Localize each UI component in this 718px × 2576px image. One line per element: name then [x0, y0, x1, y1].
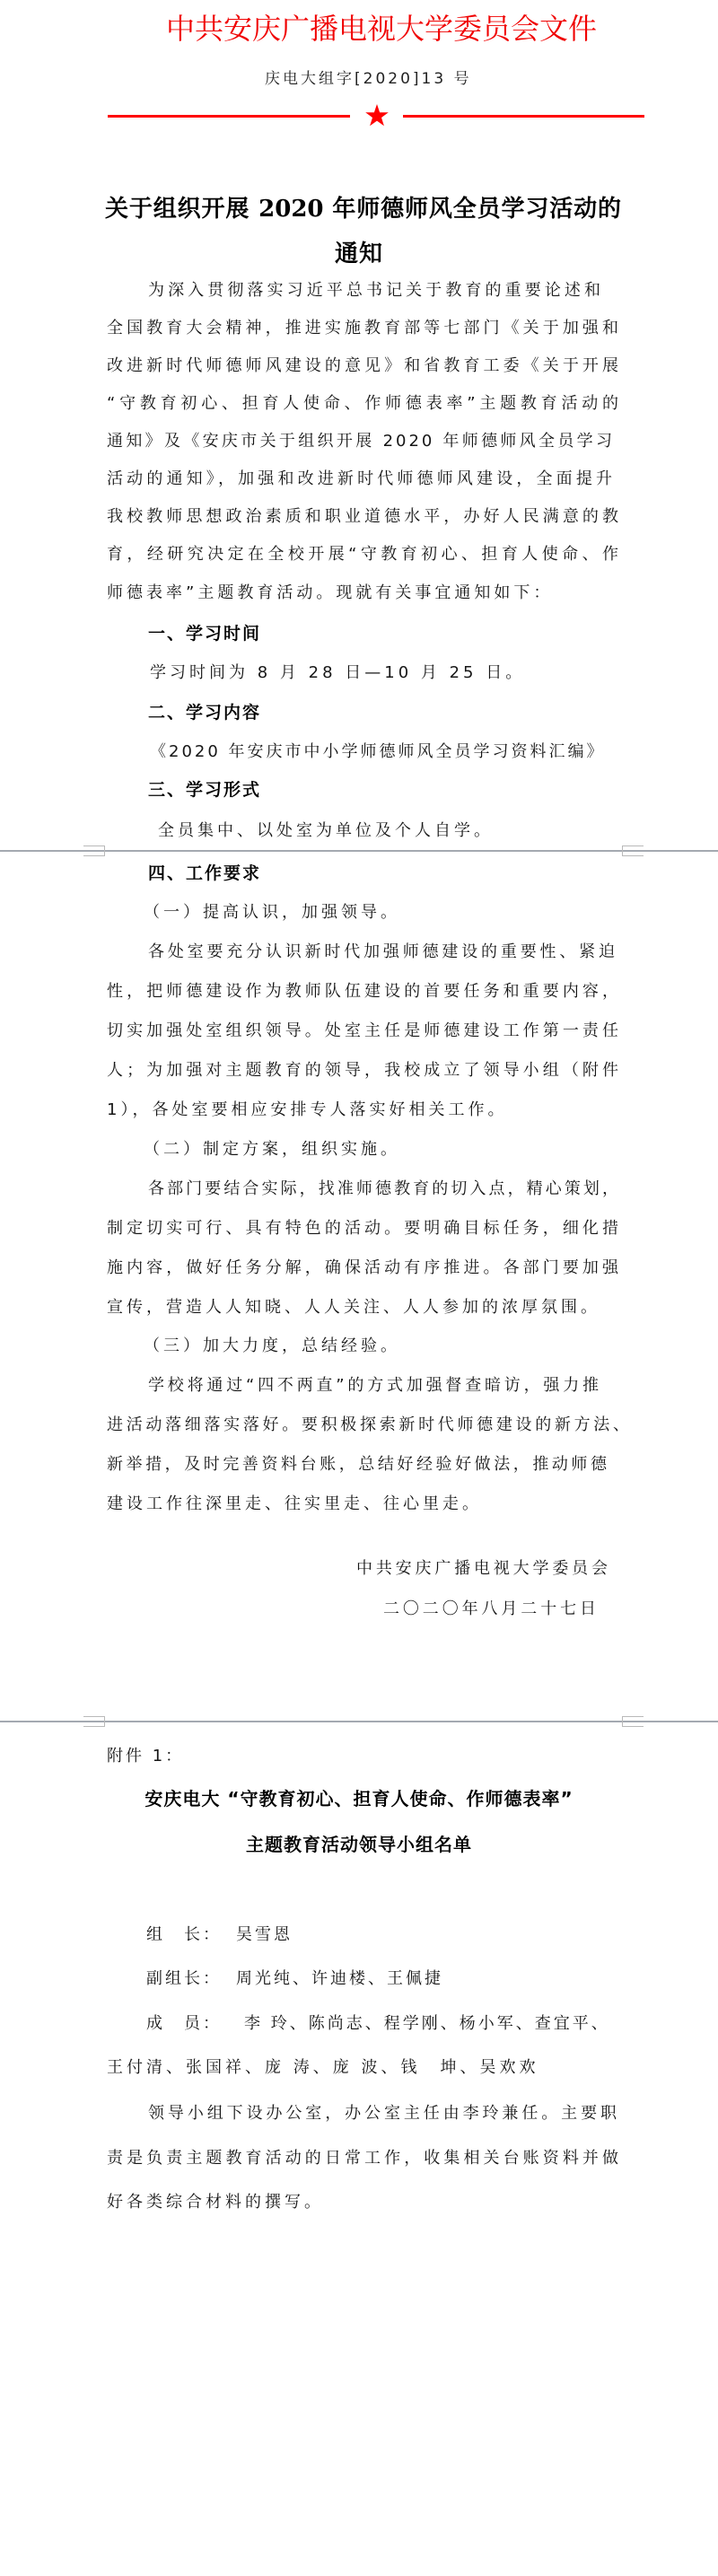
- office-line: 领导小组下设办公室，办公室主任由李玲兼任。主要职: [148, 2102, 619, 2125]
- page-corner-mark: [83, 846, 105, 856]
- member-names-deputy: 周光纯、许迪楼、王佩捷: [236, 1967, 443, 1991]
- intro-line: 我校教师思想政治素质和职业道德水平，办好人民满意的教: [107, 505, 621, 529]
- intro-line: 活动的通知》，加强和改进新时代师德师风建设，全面提升: [107, 468, 615, 491]
- member-names-leader: 吴雪恩: [236, 1923, 293, 1947]
- section-text: 学习时间为 8 月 28 日—10 月 25 日。: [150, 662, 525, 685]
- section-heading-study-content: 二、学习内容: [148, 701, 261, 724]
- red-star-icon: [364, 103, 390, 128]
- attachment-title-line-2: 主题教育活动领导小组名单: [0, 1833, 718, 1856]
- page-corner-mark: [622, 1716, 644, 1727]
- member-role-members: 成 员：: [146, 2012, 222, 2036]
- subsection-line: 人；为加强对主题教育的领导，我校成立了领导小组（附件: [107, 1059, 621, 1082]
- office-line: 责是负责主题教育活动的日常工作，收集相关台账资料并做: [107, 2147, 621, 2170]
- section-heading-study-time: 一、学习时间: [148, 622, 261, 645]
- intro-line: 通知》及《安庆市关于组织开展 2020 年师德师风全员学习: [107, 430, 615, 453]
- page-break: [0, 850, 718, 852]
- subsection-line: 各部门要结合实际，找准师德教育的切入点，精心策划，: [148, 1178, 621, 1201]
- subsection-line: 各处室要充分认识新时代加强师德建设的重要性、紧迫: [148, 941, 617, 964]
- section-text: 全员集中、以处室为单位及个人自学。: [158, 819, 494, 843]
- red-rule-right: [403, 115, 644, 118]
- page-corner-mark: [83, 1716, 105, 1727]
- red-header-title: 中共安庆广播电视大学委员会文件: [166, 11, 597, 47]
- attachment-title-line-1: 安庆电大 “守教育初心、担育人使命、作师德表率”: [0, 1787, 718, 1810]
- red-rule-left: [108, 115, 350, 118]
- member-names-members: 李 玲、陈尚志、程学刚、杨小军、查宜平、: [244, 2012, 610, 2036]
- subsection-line: 性，把师德建设作为教师队伍建设的首要任务和重要内容，: [107, 980, 621, 1003]
- document-number: 庆电大组字[2020]13 号: [265, 67, 472, 91]
- subsection-heading: （二）制定方案，组织实施。: [144, 1138, 400, 1161]
- subsection-line: 学校将通过“四不两直”的方式加强督查暗访，强力推: [148, 1374, 601, 1398]
- signature-date: 二〇二〇年八月二十七日: [383, 1598, 599, 1621]
- subsection-line: 施内容，做好任务分解，确保活动有序推进。各部门要加强: [107, 1257, 621, 1280]
- intro-line: “守教育初心、担育人使命、作师德表率”主题教育活动的: [107, 392, 621, 416]
- intro-line: 改进新时代师德师风建设的意见》和省教育工委《关于开展: [107, 355, 621, 378]
- intro-line: 师德表率”主题教育活动。现就有关事宜通知如下：: [107, 582, 553, 605]
- member-role-deputy: 副组长：: [146, 1967, 222, 1991]
- intro-line: 育，经研究决定在全校开展“守教育初心、担育人使命、作: [107, 543, 621, 566]
- notice-title-line-1: 关于组织开展 2020 年师德师风全员学习活动的: [105, 194, 621, 224]
- signature-organization: 中共安庆广播电视大学委员会: [356, 1557, 610, 1581]
- intro-line: 为深入贯彻落实习近平总书记关于教育的重要论述和: [148, 279, 603, 302]
- subsection-line: 宣传，营造人人知晓、人人关注、人人参加的浓厚氛围。: [107, 1296, 600, 1319]
- page-break: [0, 1721, 718, 1722]
- member-role-leader: 组 长：: [146, 1923, 222, 1947]
- subsection-line: 进活动落细落实落好。要积极探索新时代师德建设的新方法、: [107, 1414, 632, 1437]
- subsection-line: 制定切实可行、具有特色的活动。要明确目标任务，细化措: [107, 1217, 621, 1240]
- attachment-label: 附件 1：: [107, 1745, 184, 1768]
- intro-line: 全国教育大会精神，推进实施教育部等七部门《关于加强和: [107, 317, 621, 340]
- document-page: 中共安庆广播电视大学委员会文件 庆电大组字[2020]13 号 关于组织开展 2…: [0, 0, 718, 2576]
- subsection-heading: （三）加大力度，总结经验。: [144, 1335, 400, 1358]
- notice-title-line-2: 通知: [0, 239, 718, 269]
- section-heading-study-form: 三、学习形式: [148, 778, 261, 802]
- subsection-line: 1），各处室要相应安排专人落实好相关工作。: [107, 1099, 507, 1122]
- page-corner-mark: [622, 846, 644, 856]
- section-text: 《2020 年安庆市中小学师德师风全员学习资料汇编》: [150, 740, 606, 764]
- subsection-line: 建设工作往深里走、往实里走、往心里走。: [107, 1493, 482, 1516]
- section-heading-work-requirements: 四、工作要求: [148, 862, 261, 885]
- office-line: 好各类综合材料的撰写。: [107, 2191, 324, 2214]
- subsection-line: 新举措，及时完善资料台账，总结好经验好做法，推动师德: [107, 1453, 609, 1476]
- subsection-line: 切实加强处室组织领导。处室主任是师德建设工作第一责任: [107, 1020, 621, 1043]
- member-names-continued: 王付清、张国祥、庞 涛、庞 波、钱 坤、吴欢欢: [107, 2056, 538, 2080]
- subsection-heading: （一）提高认识，加强领导。: [144, 901, 400, 924]
